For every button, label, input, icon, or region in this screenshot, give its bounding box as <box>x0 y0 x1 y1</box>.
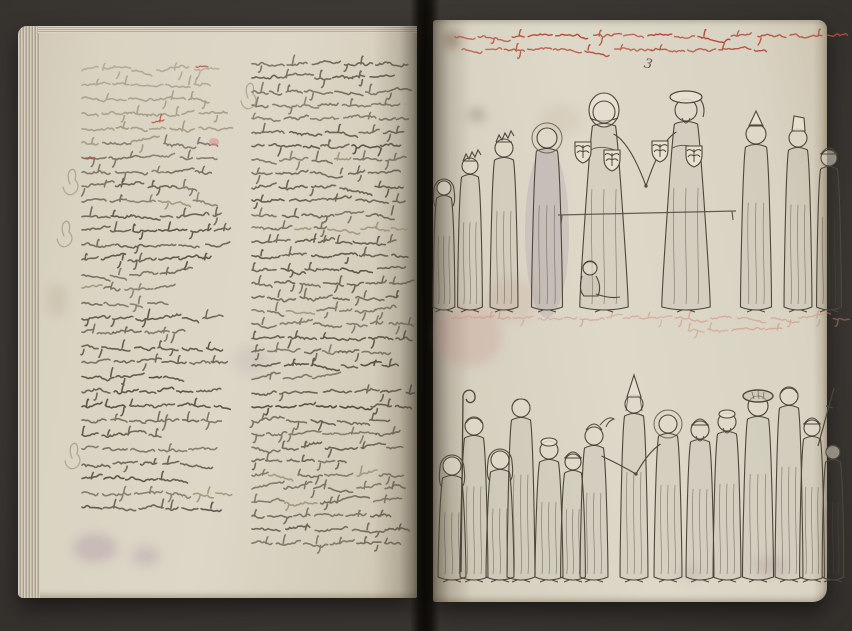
ink-layer <box>0 0 852 631</box>
lower-miniature <box>438 375 844 582</box>
upper-miniature <box>433 91 841 318</box>
manuscript-photo: { "scene": { "folio_mark": "3" }, "palet… <box>0 0 852 631</box>
text-column-1 <box>81 63 233 511</box>
text-column-2 <box>250 55 414 553</box>
